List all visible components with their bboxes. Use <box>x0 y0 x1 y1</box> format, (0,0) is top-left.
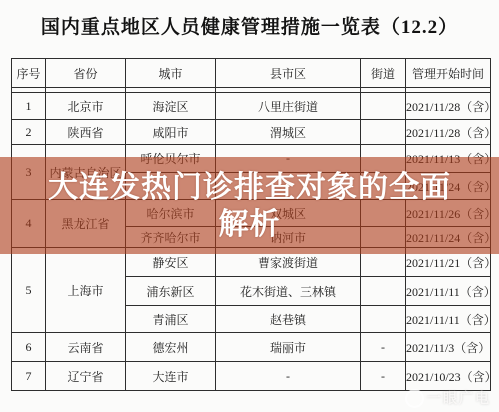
table-row: 2 陕西省 咸阳市 渭城区 2021/11/28（含） <box>12 120 491 145</box>
banner-title-line1: 大连发热门诊排查对象的全面 <box>48 169 451 206</box>
cell-city: 咸阳市 <box>126 120 216 145</box>
cell-num: 1 <box>12 93 46 120</box>
cell-date: 2021/11/11（含） <box>406 277 491 306</box>
promo-banner: 大连发热门诊排查对象的全面 解析 <box>0 157 499 254</box>
table-row: 6 云南省 德宏州 瑞丽市 - 2021/11/3（含） <box>12 333 491 362</box>
cell-county: 瑞丽市 <box>216 333 361 362</box>
cell-city: 大连市 <box>126 362 216 391</box>
watermark: 一眼广电 <box>405 388 491 408</box>
table-row: 7 辽宁省 大连市 - - 2021/10/23（含） <box>12 362 491 391</box>
cell-street <box>361 93 406 120</box>
cell-date: 2021/11/3（含） <box>406 333 491 362</box>
cell-province: 北京市 <box>46 93 126 120</box>
cell-street: - <box>361 362 406 391</box>
cell-city: 浦东新区 <box>126 277 216 306</box>
cell-province: 上海市 <box>46 248 126 333</box>
cell-num: 7 <box>12 362 46 391</box>
header-street: 街道 <box>361 59 406 88</box>
cell-city: 青浦区 <box>126 306 216 333</box>
banner-title-line2: 解析 <box>219 206 281 243</box>
header-date: 管理开始时间 <box>406 59 491 88</box>
cell-street <box>361 306 406 333</box>
page-title: 国内重点地区人员健康管理措施一览表（12.2） <box>0 12 499 39</box>
header-city: 城市 <box>126 59 216 88</box>
watermark-text: 一眼广电 <box>427 388 491 408</box>
cell-street <box>361 277 406 306</box>
table-row: 1 北京市 海淀区 八里庄街道 2021/11/28（含） <box>12 93 491 120</box>
cell-num: 6 <box>12 333 46 362</box>
watermark-logo-icon <box>405 389 424 408</box>
cell-street <box>361 120 406 145</box>
cell-date: 2021/11/11（含） <box>406 306 491 333</box>
news-graphic: 国内重点地区人员健康管理措施一览表（12.2） 序号 省份 城市 县市区 街道 … <box>0 0 499 412</box>
cell-street: - <box>361 333 406 362</box>
cell-num: 2 <box>12 120 46 145</box>
table-header-row: 序号 省份 城市 县市区 街道 管理开始时间 <box>12 59 491 88</box>
cell-province: 云南省 <box>46 333 126 362</box>
cell-date: 2021/11/28（含） <box>406 120 491 145</box>
cell-city: 德宏州 <box>126 333 216 362</box>
cell-county: 花木街道、三林镇 <box>216 277 361 306</box>
header-province: 省份 <box>46 59 126 88</box>
cell-num: 5 <box>12 248 46 333</box>
cell-province: 陕西省 <box>46 120 126 145</box>
cell-date: 2021/10/23（含） <box>406 362 491 391</box>
header-county: 县市区 <box>216 59 361 88</box>
cell-county: 八里庄街道 <box>216 93 361 120</box>
header-num: 序号 <box>12 59 46 88</box>
cell-city: 海淀区 <box>126 93 216 120</box>
cell-county: - <box>216 362 361 391</box>
cell-province: 辽宁省 <box>46 362 126 391</box>
cell-date: 2021/11/28（含） <box>406 93 491 120</box>
cell-county: 渭城区 <box>216 120 361 145</box>
cell-county: 赵巷镇 <box>216 306 361 333</box>
